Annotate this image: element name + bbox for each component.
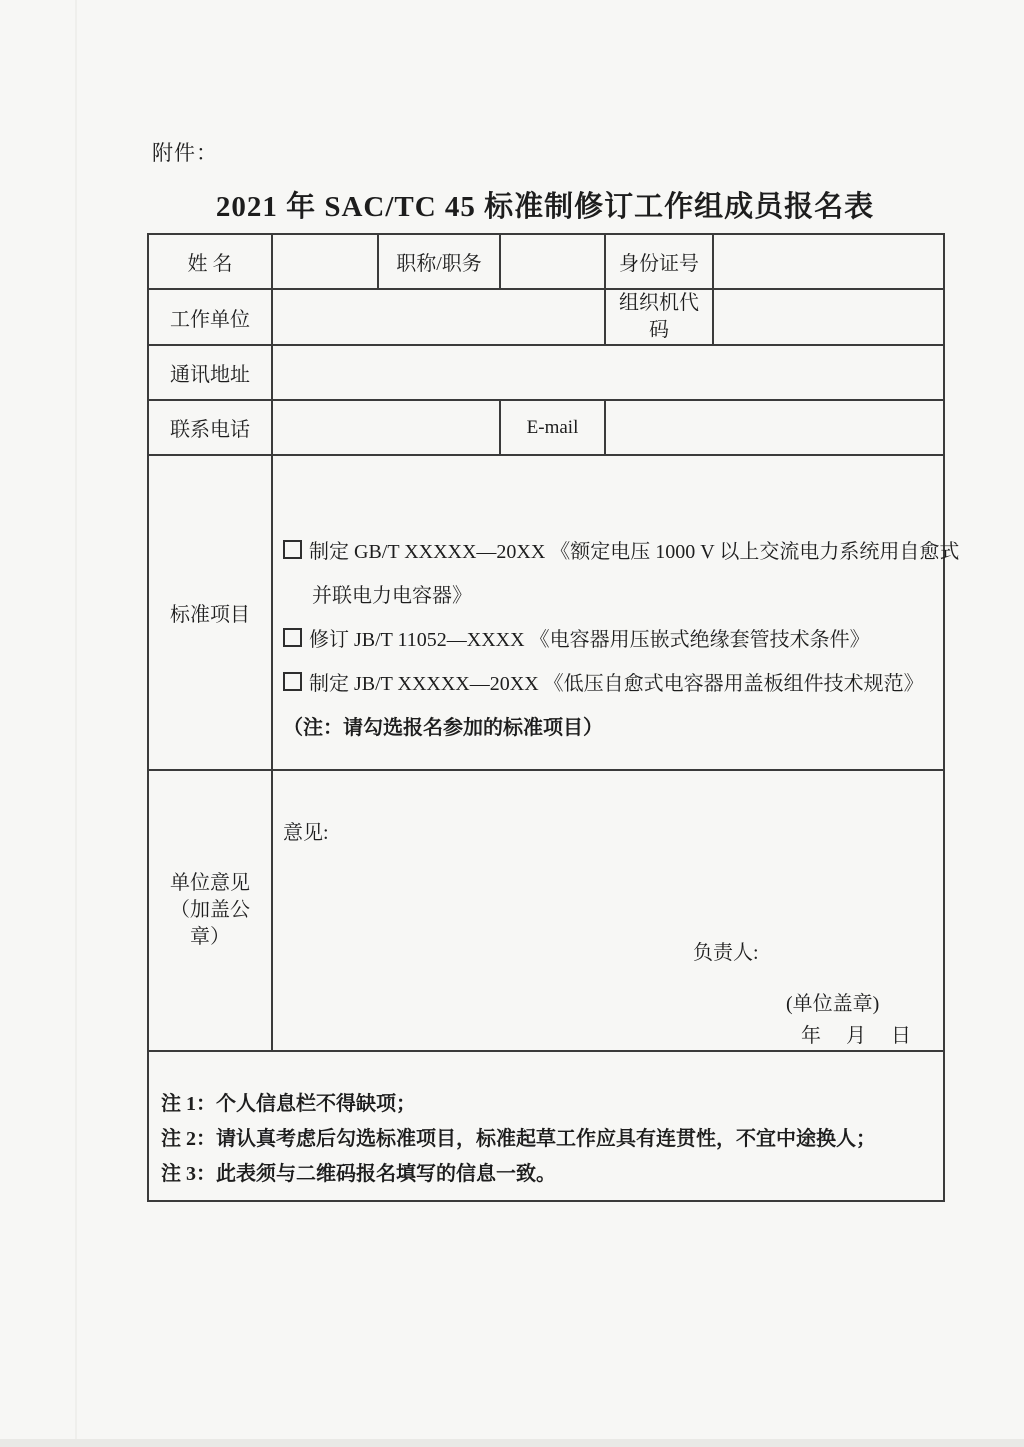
- unit-opinion-cell: 意见: 负责人: (单位盖章) 年 月 日: [272, 770, 944, 1051]
- org-code-label: 组织机代码: [605, 289, 713, 345]
- project-item-text: 修订 JB/T 11052—XXXX 《电容器用压嵌式绝缘套管技术条件》: [309, 629, 870, 651]
- title-label: 职称/职务: [378, 234, 500, 289]
- id-number-input-cell: [713, 234, 944, 289]
- standard-projects-cell: 制定 GB/T XXXXX—20XX 《额定电压 1000 V 以上交流电力系统…: [272, 455, 944, 770]
- project-item-text: 并联电力电容器》: [312, 585, 472, 607]
- work-unit-input-cell: [272, 289, 605, 345]
- row-name-title-id: 姓 名 职称/职务 身份证号: [148, 234, 944, 289]
- project-item: 修订 JB/T 11052—XXXX 《电容器用压嵌式绝缘套管技术条件》: [283, 618, 937, 662]
- title-input-cell: [500, 234, 605, 289]
- project-item: 制定 JB/T XXXXX—20XX 《低压自愈式电容器用盖板组件技术规范》: [283, 662, 937, 706]
- note-line: 注 1：个人信息栏不得缺项；: [161, 1087, 931, 1122]
- name-input-cell: [272, 234, 378, 289]
- email-input-cell: [605, 400, 944, 455]
- attachment-label: 附件：: [152, 137, 218, 167]
- row-notes: 注 1：个人信息栏不得缺项； 注 2：请认真考虑后勾选标准项目，标准起草工作应具…: [148, 1051, 944, 1201]
- row-address: 通讯地址: [148, 345, 944, 400]
- project-item-continuation: 并联电力电容器》: [283, 574, 937, 618]
- registration-form-table: 姓 名 职称/职务 身份证号 工作单位 组织机代码 通讯地址 联系电话 E-ma…: [147, 233, 945, 1202]
- unit-opinion-label: 单位意见（加盖公章）: [148, 770, 272, 1051]
- name-label: 姓 名: [148, 234, 272, 289]
- address-input-cell: [272, 345, 944, 400]
- checkbox-icon: [283, 672, 302, 691]
- scan-fold-artifact: [75, 0, 77, 1447]
- address-label: 通讯地址: [148, 345, 272, 400]
- project-note: （注：请勾选报名参加的标准项目）: [283, 706, 937, 750]
- org-code-label-text: 组织机代码: [615, 290, 703, 344]
- row-work-unit: 工作单位 组织机代码: [148, 289, 944, 345]
- phone-input-cell: [272, 400, 500, 455]
- scanned-form-page: 附件： 2021 年 SAC/TC 45 标准制修订工作组成员报名表 姓 名 职…: [0, 0, 1024, 1447]
- unit-seal-label: (单位盖章): [786, 987, 879, 1016]
- note-line: 注 2：请认真考虑后勾选标准项目，标准起草工作应具有连贯性，不宜中途换人；: [161, 1122, 931, 1157]
- unit-opinion-label-text: 单位意见（加盖公章）: [166, 870, 254, 951]
- project-item: 制定 GB/T XXXXX—20XX 《额定电压 1000 V 以上交流电力系统…: [283, 530, 937, 574]
- standard-projects-list: 制定 GB/T XXXXX—20XX 《额定电压 1000 V 以上交流电力系统…: [273, 476, 943, 750]
- row-standard-projects: 标准项目 制定 GB/T XXXXX—20XX 《额定电压 1000 V 以上交…: [148, 455, 944, 770]
- checkbox-icon: [283, 628, 302, 647]
- scan-bottom-edge: [0, 1439, 1024, 1447]
- id-number-label: 身份证号: [605, 234, 713, 289]
- standard-projects-label: 标准项目: [148, 455, 272, 770]
- notes-cell: 注 1：个人信息栏不得缺项； 注 2：请认真考虑后勾选标准项目，标准起草工作应具…: [148, 1051, 944, 1201]
- date-line: 年 月 日: [801, 1019, 911, 1048]
- opinion-label: 意见:: [283, 816, 329, 845]
- unit-opinion-content: 意见: 负责人: (单位盖章) 年 月 日: [273, 771, 943, 1050]
- row-unit-opinion: 单位意见（加盖公章） 意见: 负责人: (单位盖章) 年 月 日: [148, 770, 944, 1051]
- email-label: E-mail: [500, 400, 605, 455]
- note-line: 注 3：此表须与二维码报名填写的信息一致。: [161, 1157, 931, 1192]
- checkbox-icon: [283, 540, 302, 559]
- page-title: 2021 年 SAC/TC 45 标准制修订工作组成员报名表: [147, 184, 943, 225]
- row-phone-email: 联系电话 E-mail: [148, 400, 944, 455]
- org-code-input-cell: [713, 289, 944, 345]
- project-item-text: 制定 GB/T XXXXX—20XX 《额定电压 1000 V 以上交流电力系统…: [309, 541, 959, 563]
- project-item-text: 制定 JB/T XXXXX—20XX 《低压自愈式电容器用盖板组件技术规范》: [309, 673, 924, 695]
- notes-list: 注 1：个人信息栏不得缺项； 注 2：请认真考虑后勾选标准项目，标准起草工作应具…: [149, 1060, 943, 1192]
- phone-label: 联系电话: [148, 400, 272, 455]
- work-unit-label: 工作单位: [148, 289, 272, 345]
- responsible-person-label: 负责人:: [693, 936, 759, 965]
